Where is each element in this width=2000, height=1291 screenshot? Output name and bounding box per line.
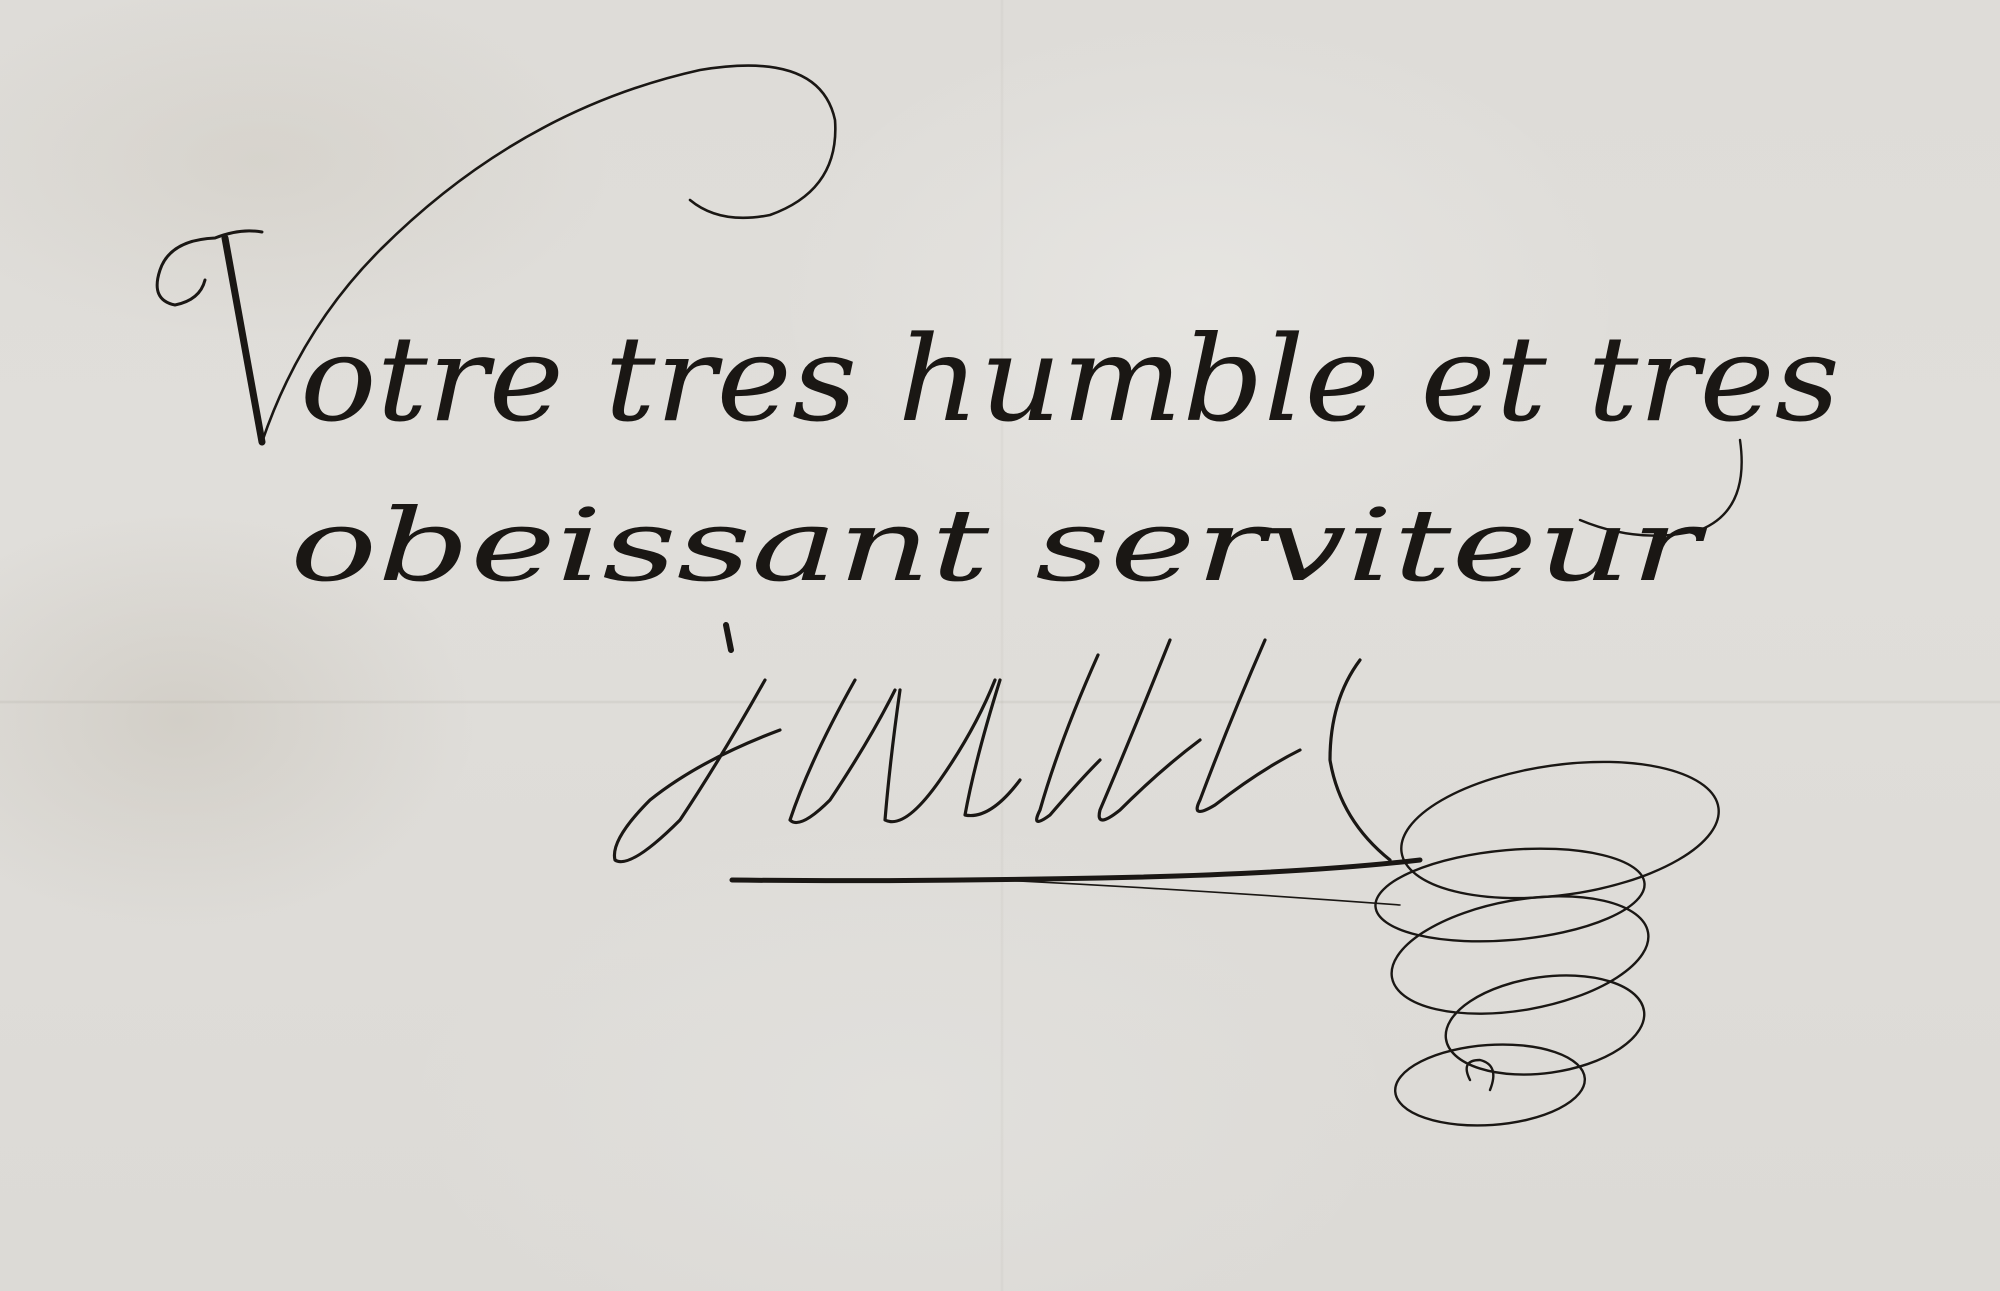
paper-sheet: otre tres humble et tres obeissant servi…	[0, 0, 2000, 1291]
handwriting-layer: otre tres humble et tres obeissant servi…	[0, 0, 2000, 1291]
closing-line-1: otre tres humble et tres	[300, 310, 1840, 448]
paraph-flourish	[1372, 743, 1728, 1131]
closing-line-2: obeissant serviteur	[290, 487, 1708, 604]
signature-strokes	[614, 640, 1390, 862]
signature-dot	[726, 625, 731, 650]
signature-underline	[732, 860, 1420, 881]
